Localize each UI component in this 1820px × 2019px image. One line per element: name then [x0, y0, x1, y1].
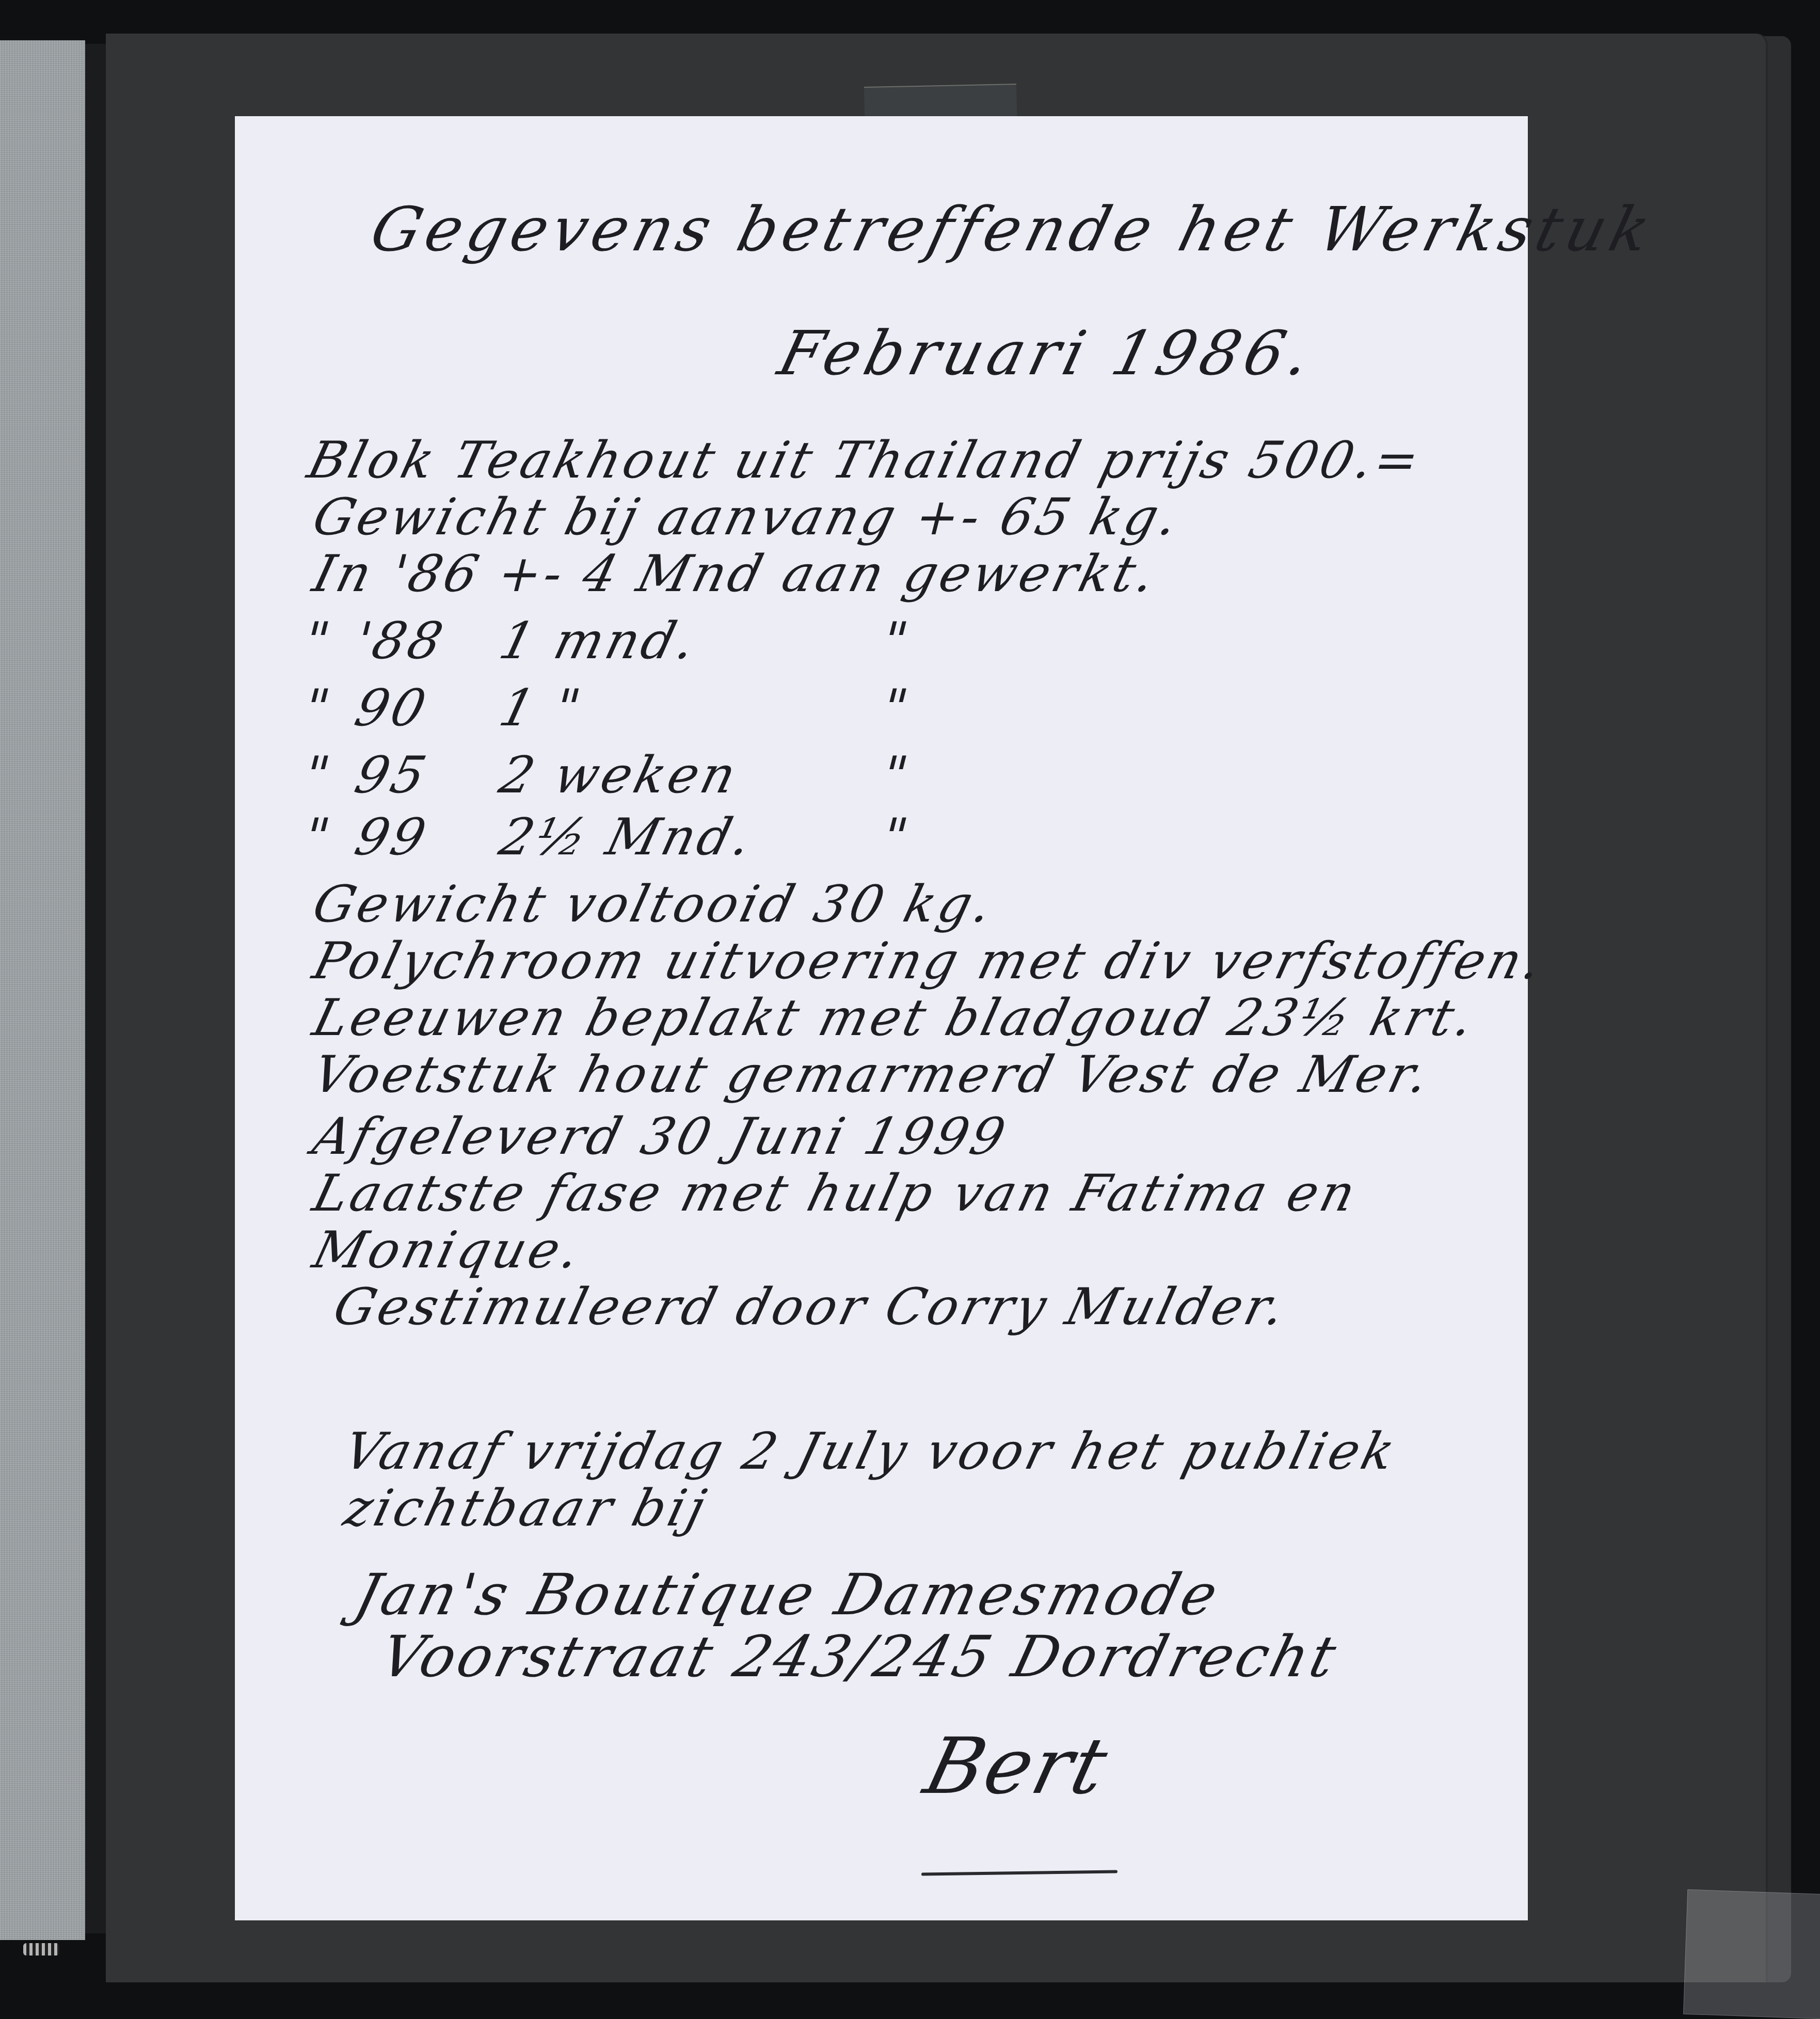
material-line: Blok Teakhout uit Thailand prijs 500.= [302, 431, 1428, 490]
page-title: Gegevens betreffende het Werkstuk [364, 194, 1662, 265]
page-date: Februari 1986. [772, 317, 1322, 389]
detail-polychrome: Polychroom uitvoering met div verfstoffe… [307, 932, 1550, 991]
handwritten-page: Gegevens betreffende het Werkstuk Februa… [235, 116, 1528, 1920]
spine-label [23, 1943, 59, 1956]
detail-last-phase-cont: Monique. [307, 1221, 588, 1280]
binding-gutter [85, 44, 106, 1933]
book-spine-linen [0, 40, 85, 1940]
tape-strip-corner [1683, 1889, 1820, 2019]
exhibition-line-2: zichtbaar bij [338, 1479, 714, 1538]
detail-delivered: Afgeleverd 30 Juni 1999 [307, 1107, 1014, 1166]
detail-stimulated-by: Gestimuleerd door Corry Mulder. [328, 1278, 1294, 1337]
detail-last-phase: Laatste fase met hulp van Fatima en [307, 1164, 1364, 1223]
detail-weight-finished: Gewicht voltooid 30 kg. [307, 875, 1001, 934]
exhibition-line-1: Vanaf vrijdag 2 July voor het publiek [338, 1422, 1403, 1481]
venue-address: Voorstraat 243/245 Dordrecht [374, 1624, 1346, 1690]
signature: Bert [916, 1722, 1117, 1811]
weight-start-line: Gewicht bij aanvang +- 65 kg. [307, 488, 1187, 547]
detail-gold-leaf: Leeuwen beplakt met bladgoud 23½ krt. [307, 989, 1482, 1047]
venue-name: Jan's Boutique Damesmode [348, 1562, 1227, 1628]
detail-pedestal: Voetstuk hout gemarmerd Vest de Mer. [307, 1045, 1438, 1104]
work-1986-line: In '86 +- 4 Mnd aan gewerkt. [307, 545, 1164, 603]
